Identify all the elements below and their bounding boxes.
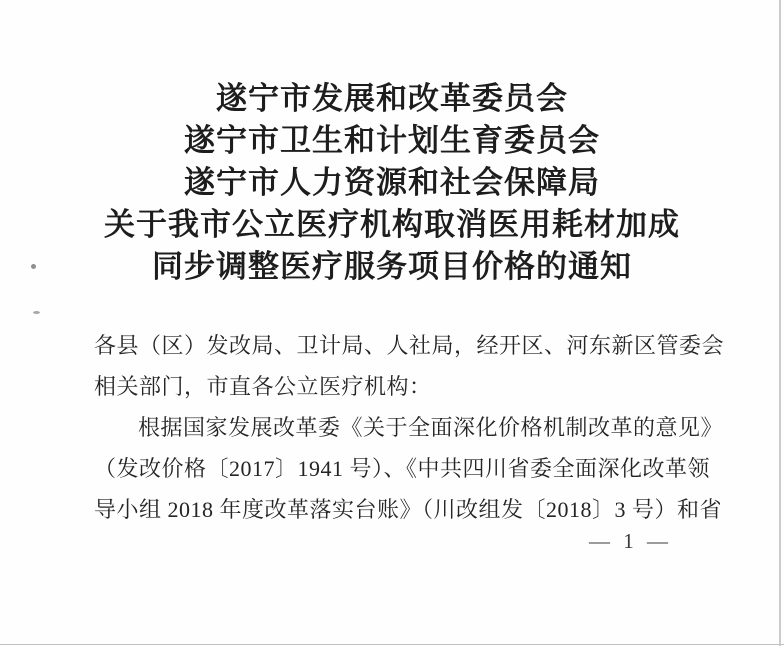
addressee-line-1: 各县（区）发改局、卫计局、人社局，经开区、河东新区管委会 — [94, 325, 708, 366]
body-paragraph-line-2: （发改价格〔2017〕1941 号）、《中共四川省委全面深化改革领 — [94, 448, 708, 489]
body-paragraph-line-1: 根据国家发展改革委《关于全面深化价格机制改革的意见》 — [94, 407, 708, 448]
addressee-line-2: 相关部门，市直各公立医疗机构： — [94, 366, 708, 407]
scan-edge-bottom — [0, 644, 784, 645]
scan-speck — [31, 264, 36, 269]
scan-speck — [33, 311, 40, 314]
scan-edge-right — [779, 0, 781, 646]
issuing-agency-line-2: 遂宁市卫生和计划生育委员会 — [0, 120, 784, 162]
notice-title-line-2: 同步调整医疗服务项目价格的通知 — [0, 246, 784, 288]
document-body: 各县（区）发改局、卫计局、人社局，经开区、河东新区管委会 相关部门，市直各公立医… — [94, 325, 708, 530]
page-number: — 1 — — [589, 529, 672, 554]
issuing-agency-line-3: 遂宁市人力资源和社会保障局 — [0, 162, 784, 204]
document-header: 遂宁市发展和改革委员会 遂宁市卫生和计划生育委员会 遂宁市人力资源和社会保障局 … — [0, 78, 784, 288]
body-paragraph-line-3: 导小组 2018 年度改革落实台账》（川改组发〔2018〕3 号）和省 — [94, 489, 708, 530]
issuing-agency-line-1: 遂宁市发展和改革委员会 — [0, 78, 784, 120]
notice-title-line-1: 关于我市公立医疗机构取消医用耗材加成 — [0, 204, 784, 246]
scanned-document-page: 遂宁市发展和改革委员会 遂宁市卫生和计划生育委员会 遂宁市人力资源和社会保障局 … — [0, 0, 784, 646]
